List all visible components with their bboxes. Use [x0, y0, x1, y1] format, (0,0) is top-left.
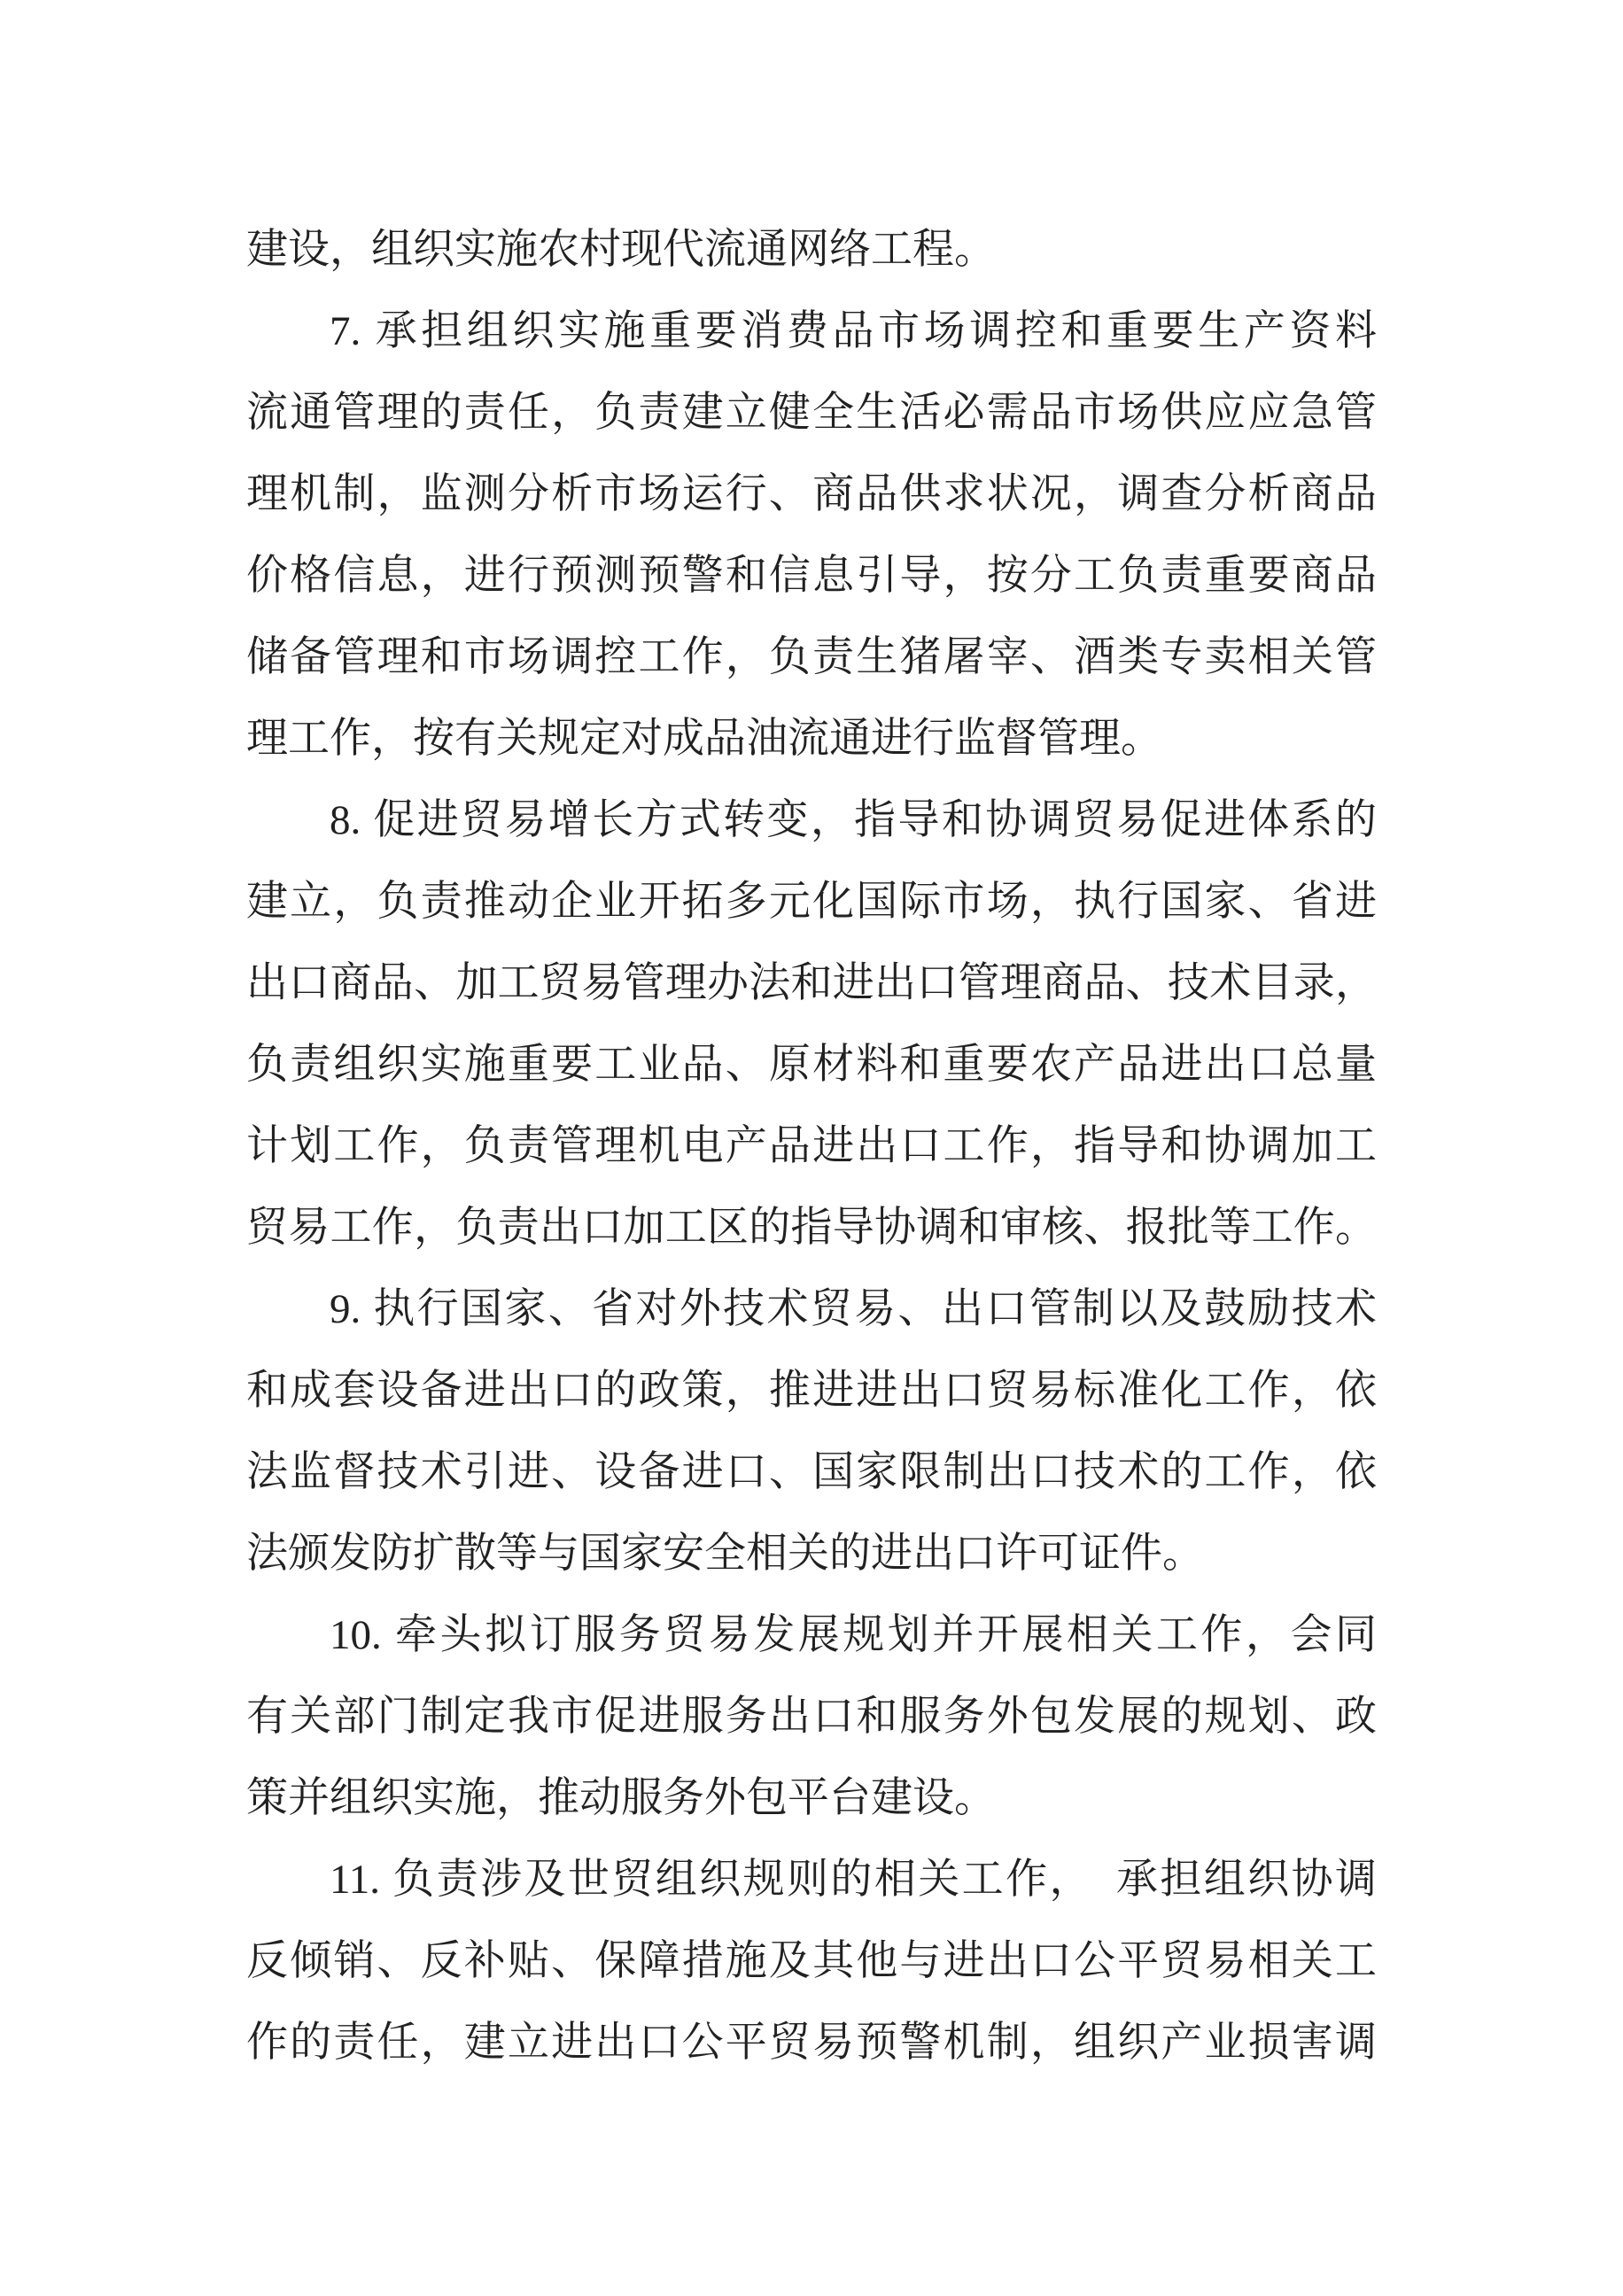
text-line: 储备管理和市场调控工作，负责生猪屠宰、酒类专卖相关管: [246, 617, 1377, 698]
text-line: 贸易工作，负责出口加工区的指导协调和审核、报批等工作。: [246, 1187, 1377, 1268]
text-line: 反倾销、反补贴、保障措施及其他与进出口公平贸易相关工: [246, 1920, 1377, 2002]
text-line: 建立，负责推动企业开拓多元化国际市场，执行国家、省进: [246, 861, 1377, 942]
text-line: 8. 促进贸易增长方式转变，指导和协调贸易促进体系的: [246, 780, 1377, 861]
text-line: 法颁发防扩散等与国家安全相关的进出口许可证件。: [246, 1513, 1377, 1594]
text-line: 和成套设备进出口的政策，推进进出口贸易标准化工作，依: [246, 1350, 1377, 1431]
paragraph-item-9: 9. 执行国家、省对外技术贸易、出口管制以及鼓励技术和成套设备进出口的政策，推进…: [246, 1268, 1377, 1594]
paragraph-item-7: 7. 承担组织实施重要消费品市场调控和重要生产资料流通管理的责任，负责建立健全生…: [246, 291, 1377, 780]
text-line: 9. 执行国家、省对外技术贸易、出口管制以及鼓励技术: [246, 1268, 1377, 1350]
text-line: 理工作，按有关规定对成品油流通进行监督管理。: [246, 698, 1377, 780]
text-line: 有关部门制定我市促进服务出口和服务外包发展的规划、政: [246, 1676, 1377, 1757]
text-line: 策并组织实施，推动服务外包平台建设。: [246, 1757, 1377, 1839]
text-line: 11. 负责涉及世贸组织规则的相关工作， 承担组织协调: [246, 1839, 1377, 1920]
document-body: 建设，组织实施农村现代流通网络工程。7. 承担组织实施重要消费品市场调控和重要生…: [246, 209, 1377, 2083]
text-line: 负责组织实施重要工业品、原材料和重要农产品进出口总量: [246, 1024, 1377, 1105]
text-line: 作的责任，建立进出口公平贸易预警机制，组织产业损害调: [246, 2002, 1377, 2083]
text-line: 价格信息，进行预测预警和信息引导，按分工负责重要商品: [246, 535, 1377, 617]
paragraph-item-11: 11. 负责涉及世贸组织规则的相关工作， 承担组织协调反倾销、反补贴、保障措施及…: [246, 1839, 1377, 2083]
document-page: 建设，组织实施农村现代流通网络工程。7. 承担组织实施重要消费品市场调控和重要生…: [0, 0, 1623, 2296]
text-line: 出口商品、加工贸易管理办法和进出口管理商品、技术目录，: [246, 942, 1377, 1024]
text-line: 理机制，监测分析市场运行、商品供求状况，调查分析商品: [246, 454, 1377, 535]
text-line: 计划工作，负责管理机电产品进出口工作，指导和协调加工: [246, 1105, 1377, 1187]
text-line: 法监督技术引进、设备进口、国家限制出口技术的工作，依: [246, 1431, 1377, 1513]
text-line: 流通管理的责任，负责建立健全生活必需品市场供应应急管: [246, 372, 1377, 454]
text-line: 10. 牵头拟订服务贸易发展规划并开展相关工作，会同: [246, 1594, 1377, 1676]
text-line: 7. 承担组织实施重要消费品市场调控和重要生产资料: [246, 291, 1377, 372]
paragraph-item-8: 8. 促进贸易增长方式转变，指导和协调贸易促进体系的建立，负责推动企业开拓多元化…: [246, 780, 1377, 1268]
text-line: 建设，组织实施农村现代流通网络工程。: [246, 209, 1377, 291]
paragraph-item-10: 10. 牵头拟订服务贸易发展规划并开展相关工作，会同有关部门制定我市促进服务出口…: [246, 1594, 1377, 1839]
paragraph-continuation: 建设，组织实施农村现代流通网络工程。: [246, 209, 1377, 291]
